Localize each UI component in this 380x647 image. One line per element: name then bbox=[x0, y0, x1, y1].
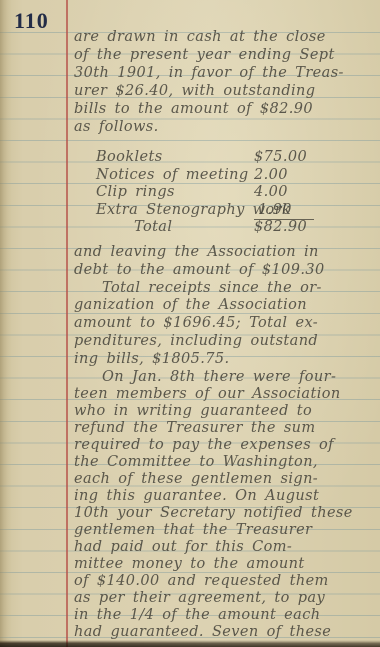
photo-bottom-edge bbox=[0, 640, 380, 647]
manuscript-line: 10th your Secretary notified these bbox=[74, 505, 374, 522]
expense-amount: $75.00 bbox=[254, 149, 307, 167]
manuscript-line: are drawn in cash at the close bbox=[74, 28, 374, 46]
manuscript-line: had guaranteed. Seven of these bbox=[74, 624, 374, 641]
expense-amount: 4.00 bbox=[254, 184, 288, 202]
manuscript-line: ing bills, $1805.75. bbox=[74, 351, 374, 369]
expense-amount: 1.90 bbox=[254, 202, 314, 221]
manuscript-line: had paid out for this Com- bbox=[74, 539, 374, 556]
manuscript-line: Total receipts since the or- bbox=[74, 280, 374, 298]
manuscript-line: in the 1/4 of the amount each bbox=[74, 607, 374, 624]
manuscript-line: teen members of our Association bbox=[74, 386, 374, 403]
manuscript-line: each of these gentlemen sign- bbox=[74, 471, 374, 488]
page-fore-edge bbox=[0, 0, 12, 647]
manuscript-line: gentlemen that the Treasurer bbox=[74, 522, 374, 539]
ledger-page: 110 are drawn in cash at the close of th… bbox=[0, 0, 380, 647]
manuscript-line: of the present year ending Sept bbox=[74, 46, 374, 64]
manuscript-line: ganization of the Association bbox=[74, 297, 374, 315]
expense-row: Notices of meeting 2.00 bbox=[74, 167, 374, 185]
manuscript-line: debt to the amount of $109.30 bbox=[74, 262, 374, 280]
manuscript-line: and leaving the Association in bbox=[74, 244, 374, 262]
manuscript-line: as per their agreement, to pay bbox=[74, 590, 374, 607]
manuscript-line: of $140.00 and requested them bbox=[74, 573, 374, 590]
manuscript-line: amount to $1696.45; Total ex- bbox=[74, 315, 374, 333]
red-margin-line bbox=[66, 0, 68, 647]
expense-label: Clip rings bbox=[74, 184, 175, 200]
manuscript-line: urer $26.40, with outstanding bbox=[74, 82, 374, 100]
manuscript-line: 30th 1901, in favor of the Treas- bbox=[74, 64, 374, 82]
paragraph-totals: and leaving the Association in debt to t… bbox=[74, 244, 374, 369]
manuscript-line: ing this guarantee. On August bbox=[74, 488, 374, 505]
expense-label: Notices of meeting bbox=[74, 167, 249, 183]
expense-row: Booklets $75.00 bbox=[74, 149, 374, 167]
expense-label: Booklets bbox=[74, 149, 163, 165]
paragraph-cash-balance: are drawn in cash at the close of the pr… bbox=[74, 28, 374, 136]
manuscript-line: who in writing guaranteed to bbox=[74, 403, 374, 420]
expense-row: Clip rings 4.00 bbox=[74, 184, 374, 202]
expense-row: Extra Stenography work 1.90 bbox=[74, 202, 374, 220]
expense-amount: 2.00 bbox=[254, 167, 288, 185]
handwritten-text: are drawn in cash at the close of the pr… bbox=[74, 28, 374, 641]
expense-total-amount: $82.90 bbox=[254, 219, 307, 237]
manuscript-line: On Jan. 8th there were four- bbox=[74, 369, 374, 386]
expense-total-row: Total $82.90 bbox=[74, 219, 374, 237]
manuscript-line: as follows. bbox=[74, 118, 374, 136]
expense-table: Booklets $75.00 Notices of meeting 2.00 … bbox=[74, 149, 374, 237]
manuscript-line: required to pay the expenses of bbox=[74, 437, 374, 454]
expense-total-label: Total bbox=[74, 219, 172, 235]
manuscript-line: penditures, including outstand bbox=[74, 333, 374, 351]
page-number: 110 bbox=[14, 8, 49, 34]
manuscript-line: refund the Treasurer the sum bbox=[74, 420, 374, 437]
manuscript-line: the Committee to Washington, bbox=[74, 454, 374, 471]
manuscript-line: bills to the amount of $82.90 bbox=[74, 100, 374, 118]
manuscript-line: mittee money to the amount bbox=[74, 556, 374, 573]
paragraph-guarantee: On Jan. 8th there were four- teen member… bbox=[74, 369, 374, 642]
